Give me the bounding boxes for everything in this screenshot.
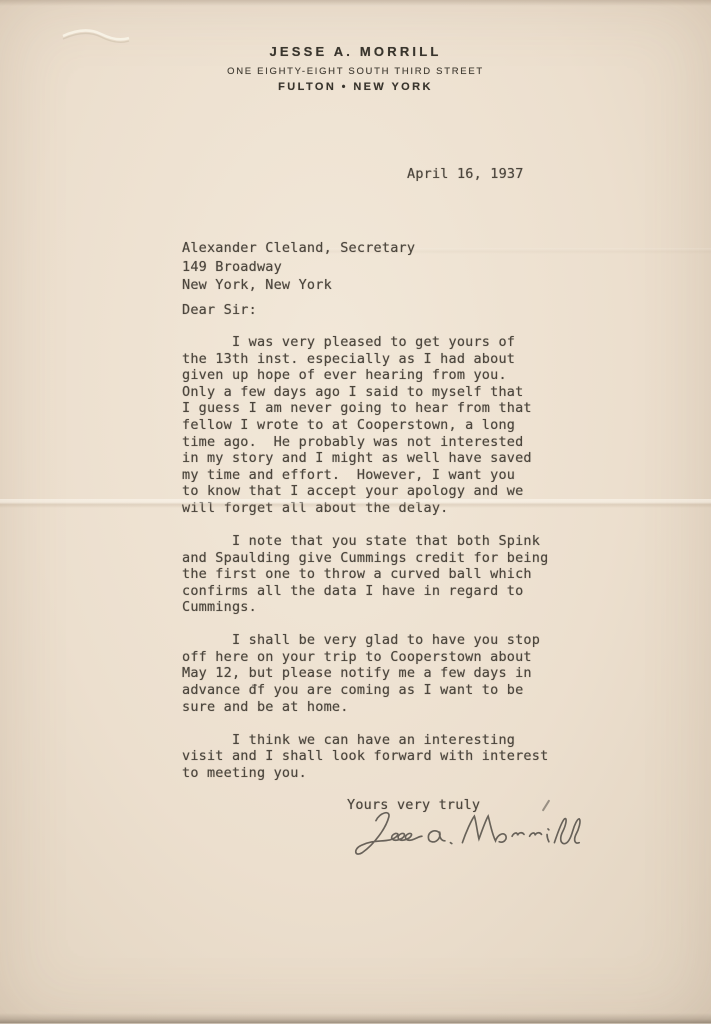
letter-body: I was very pleased to get yours of the 1…	[182, 334, 548, 798]
letterhead-street: ONE EIGHTY-EIGHT SOUTH THIRD STREET	[0, 66, 711, 77]
paper-top-edge-shadow	[0, 0, 711, 6]
paragraph-4: I think we can have an interesting visit…	[182, 732, 548, 782]
signature-text: Jesse A. Morrill	[352, 861, 353, 862]
letterhead-name: JESSE A. MORRILL	[0, 44, 711, 59]
recipient-address: Alexander Cleland, Secretary 149 Broadwa…	[182, 239, 415, 295]
paragraph-2: I note that you state that both Spink an…	[182, 533, 548, 616]
letter-date: April 16, 1937	[407, 166, 524, 182]
letterhead-city: FULTON • NEW YORK	[0, 81, 711, 93]
scanned-letter-page: JESSE A. MORRILL ONE EIGHTY-EIGHT SOUTH …	[0, 0, 711, 1024]
signature: Jesse A. Morrill	[352, 806, 582, 861]
salutation: Dear Sir:	[182, 302, 257, 318]
paragraph-1: I was very pleased to get yours of the 1…	[182, 334, 548, 517]
signature-ink-icon	[352, 806, 582, 861]
paragraph-3: I shall be very glad to have you stop of…	[182, 632, 548, 715]
paper-bottom-edge-shadow	[0, 1013, 711, 1024]
